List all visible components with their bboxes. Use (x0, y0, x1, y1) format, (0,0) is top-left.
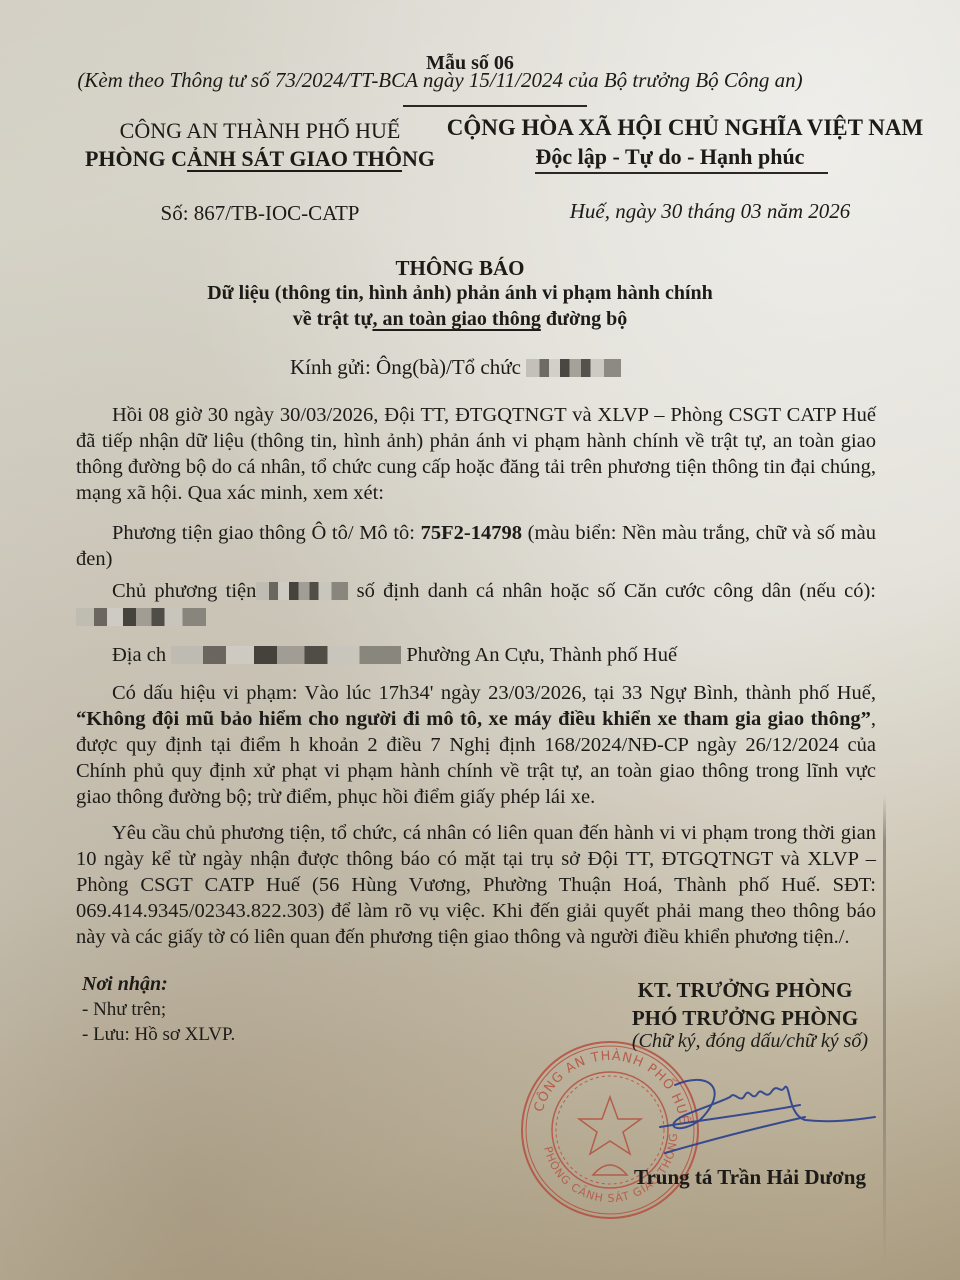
document-subtitle-line1: Dữ liệu (thông tin, hình ảnh) phản ánh v… (0, 282, 920, 305)
header-divider (403, 105, 587, 107)
place-date: Huế, ngày 30 tháng 03 năm 2026 (530, 199, 890, 224)
intro-paragraph: Hồi 08 giờ 30 ngày 30/03/2026, Đội TT, Đ… (76, 402, 876, 506)
agency-unit: PHÒNG CẢNH SÁT GIAO THÔNG (50, 146, 470, 172)
violation-prefix: Có dấu hiệu vi phạm: Vào lúc 17h34' ngày… (112, 682, 876, 704)
owner-id-label: số định danh cá nhân hoặc số Căn cước cô… (348, 580, 876, 602)
address-prefix: Địa ch (112, 644, 166, 666)
form-reference: (Kèm theo Thông tư số 73/2024/TT-BCA ngà… (0, 68, 880, 93)
recipient-item: - Lưu: Hồ sơ XLVP. (82, 1022, 235, 1047)
nation-title: CỘNG HÒA XÃ HỘI CHỦ NGHĨA VIỆT NAM (440, 115, 930, 141)
agency-unit-suffix: NG (402, 146, 435, 171)
redacted-recipient-name (526, 359, 621, 377)
owner-paragraph: Chủ phương tiện số định danh cá nhân hoặ… (76, 578, 876, 630)
request-text: Yêu cầu chủ phương tiện, tổ chức, cá nhâ… (76, 820, 876, 950)
signature-note: (Chữ ký, đóng dấu/chữ ký số) (610, 1030, 890, 1053)
agency-unit-underlined: ẢNH SÁT GIAO THÔ (187, 146, 402, 171)
signature-position: PHÓ TRƯỞNG PHÒNG (600, 1004, 890, 1032)
address-suffix: Phường An Cựu, Thành phố Huế (406, 644, 677, 666)
document-number: Số: 867/TB-IOC-CATP (60, 201, 460, 226)
handwritten-signature-icon (640, 1065, 880, 1155)
redacted-address (171, 646, 401, 664)
license-plate: 75F2-14798 (421, 522, 522, 544)
vehicle-prefix: Phương tiện giao thông Ô tô/ Mô tô: (112, 522, 421, 544)
owner-text: Chủ phương tiện số định danh cá nhân hoặ… (76, 578, 876, 630)
salutation: Kính gửi: Ông(bà)/Tổ chức (290, 355, 621, 380)
address-paragraph: Địa ch Phường An Cựu, Thành phố Huế (76, 642, 876, 668)
national-motto: Độc lập - Tự do - Hạnh phúc (470, 144, 870, 170)
owner-prefix: Chủ phương tiện (112, 580, 256, 602)
signer-name: Trung tá Trần Hải Dương (610, 1165, 890, 1190)
salutation-label: Kính gửi: Ông(bà)/Tổ chức (290, 355, 521, 379)
violation-description: “Không đội mũ bảo hiểm cho người đi mô t… (76, 708, 871, 730)
subtitle-underlined: , an toàn giao thông (372, 308, 540, 330)
signature-on-behalf: KT. TRƯỞNG PHÒNG (600, 976, 890, 1004)
signature-title: KT. TRƯỞNG PHÒNG PHÓ TRƯỞNG PHÒNG (600, 976, 890, 1032)
recipients-header: Nơi nhận: (82, 972, 235, 997)
subtitle-prefix: về trật tự (293, 308, 373, 330)
agency-unit-prefix: PHÒNG C (85, 146, 187, 171)
agency-parent: CÔNG AN THÀNH PHỐ HUẾ (60, 118, 460, 144)
request-paragraph: Yêu cầu chủ phương tiện, tổ chức, cá nhâ… (76, 820, 876, 950)
violation-text: Có dấu hiệu vi phạm: Vào lúc 17h34' ngày… (76, 680, 876, 810)
document-title: THÔNG BÁO (0, 256, 920, 281)
motto-underline (535, 172, 828, 174)
recipient-item: - Như trên; (82, 997, 235, 1022)
subtitle-suffix: đường bộ (541, 308, 627, 330)
document-subtitle-line2: về trật tự, an toàn giao thông đường bộ (0, 308, 920, 331)
redacted-owner-name (256, 582, 348, 600)
vehicle-paragraph: Phương tiện giao thông Ô tô/ Mô tô: 75F2… (76, 520, 876, 572)
intro-text: Hồi 08 giờ 30 ngày 30/03/2026, Đội TT, Đ… (76, 402, 876, 506)
address-text: Địa ch Phường An Cựu, Thành phố Huế (76, 642, 876, 668)
vehicle-text: Phương tiện giao thông Ô tô/ Mô tô: 75F2… (76, 520, 876, 572)
violation-paragraph: Có dấu hiệu vi phạm: Vào lúc 17h34' ngày… (76, 680, 876, 810)
redacted-owner-id (76, 608, 206, 626)
recipients-block: Nơi nhận: - Như trên; - Lưu: Hồ sơ XLVP. (82, 972, 235, 1047)
